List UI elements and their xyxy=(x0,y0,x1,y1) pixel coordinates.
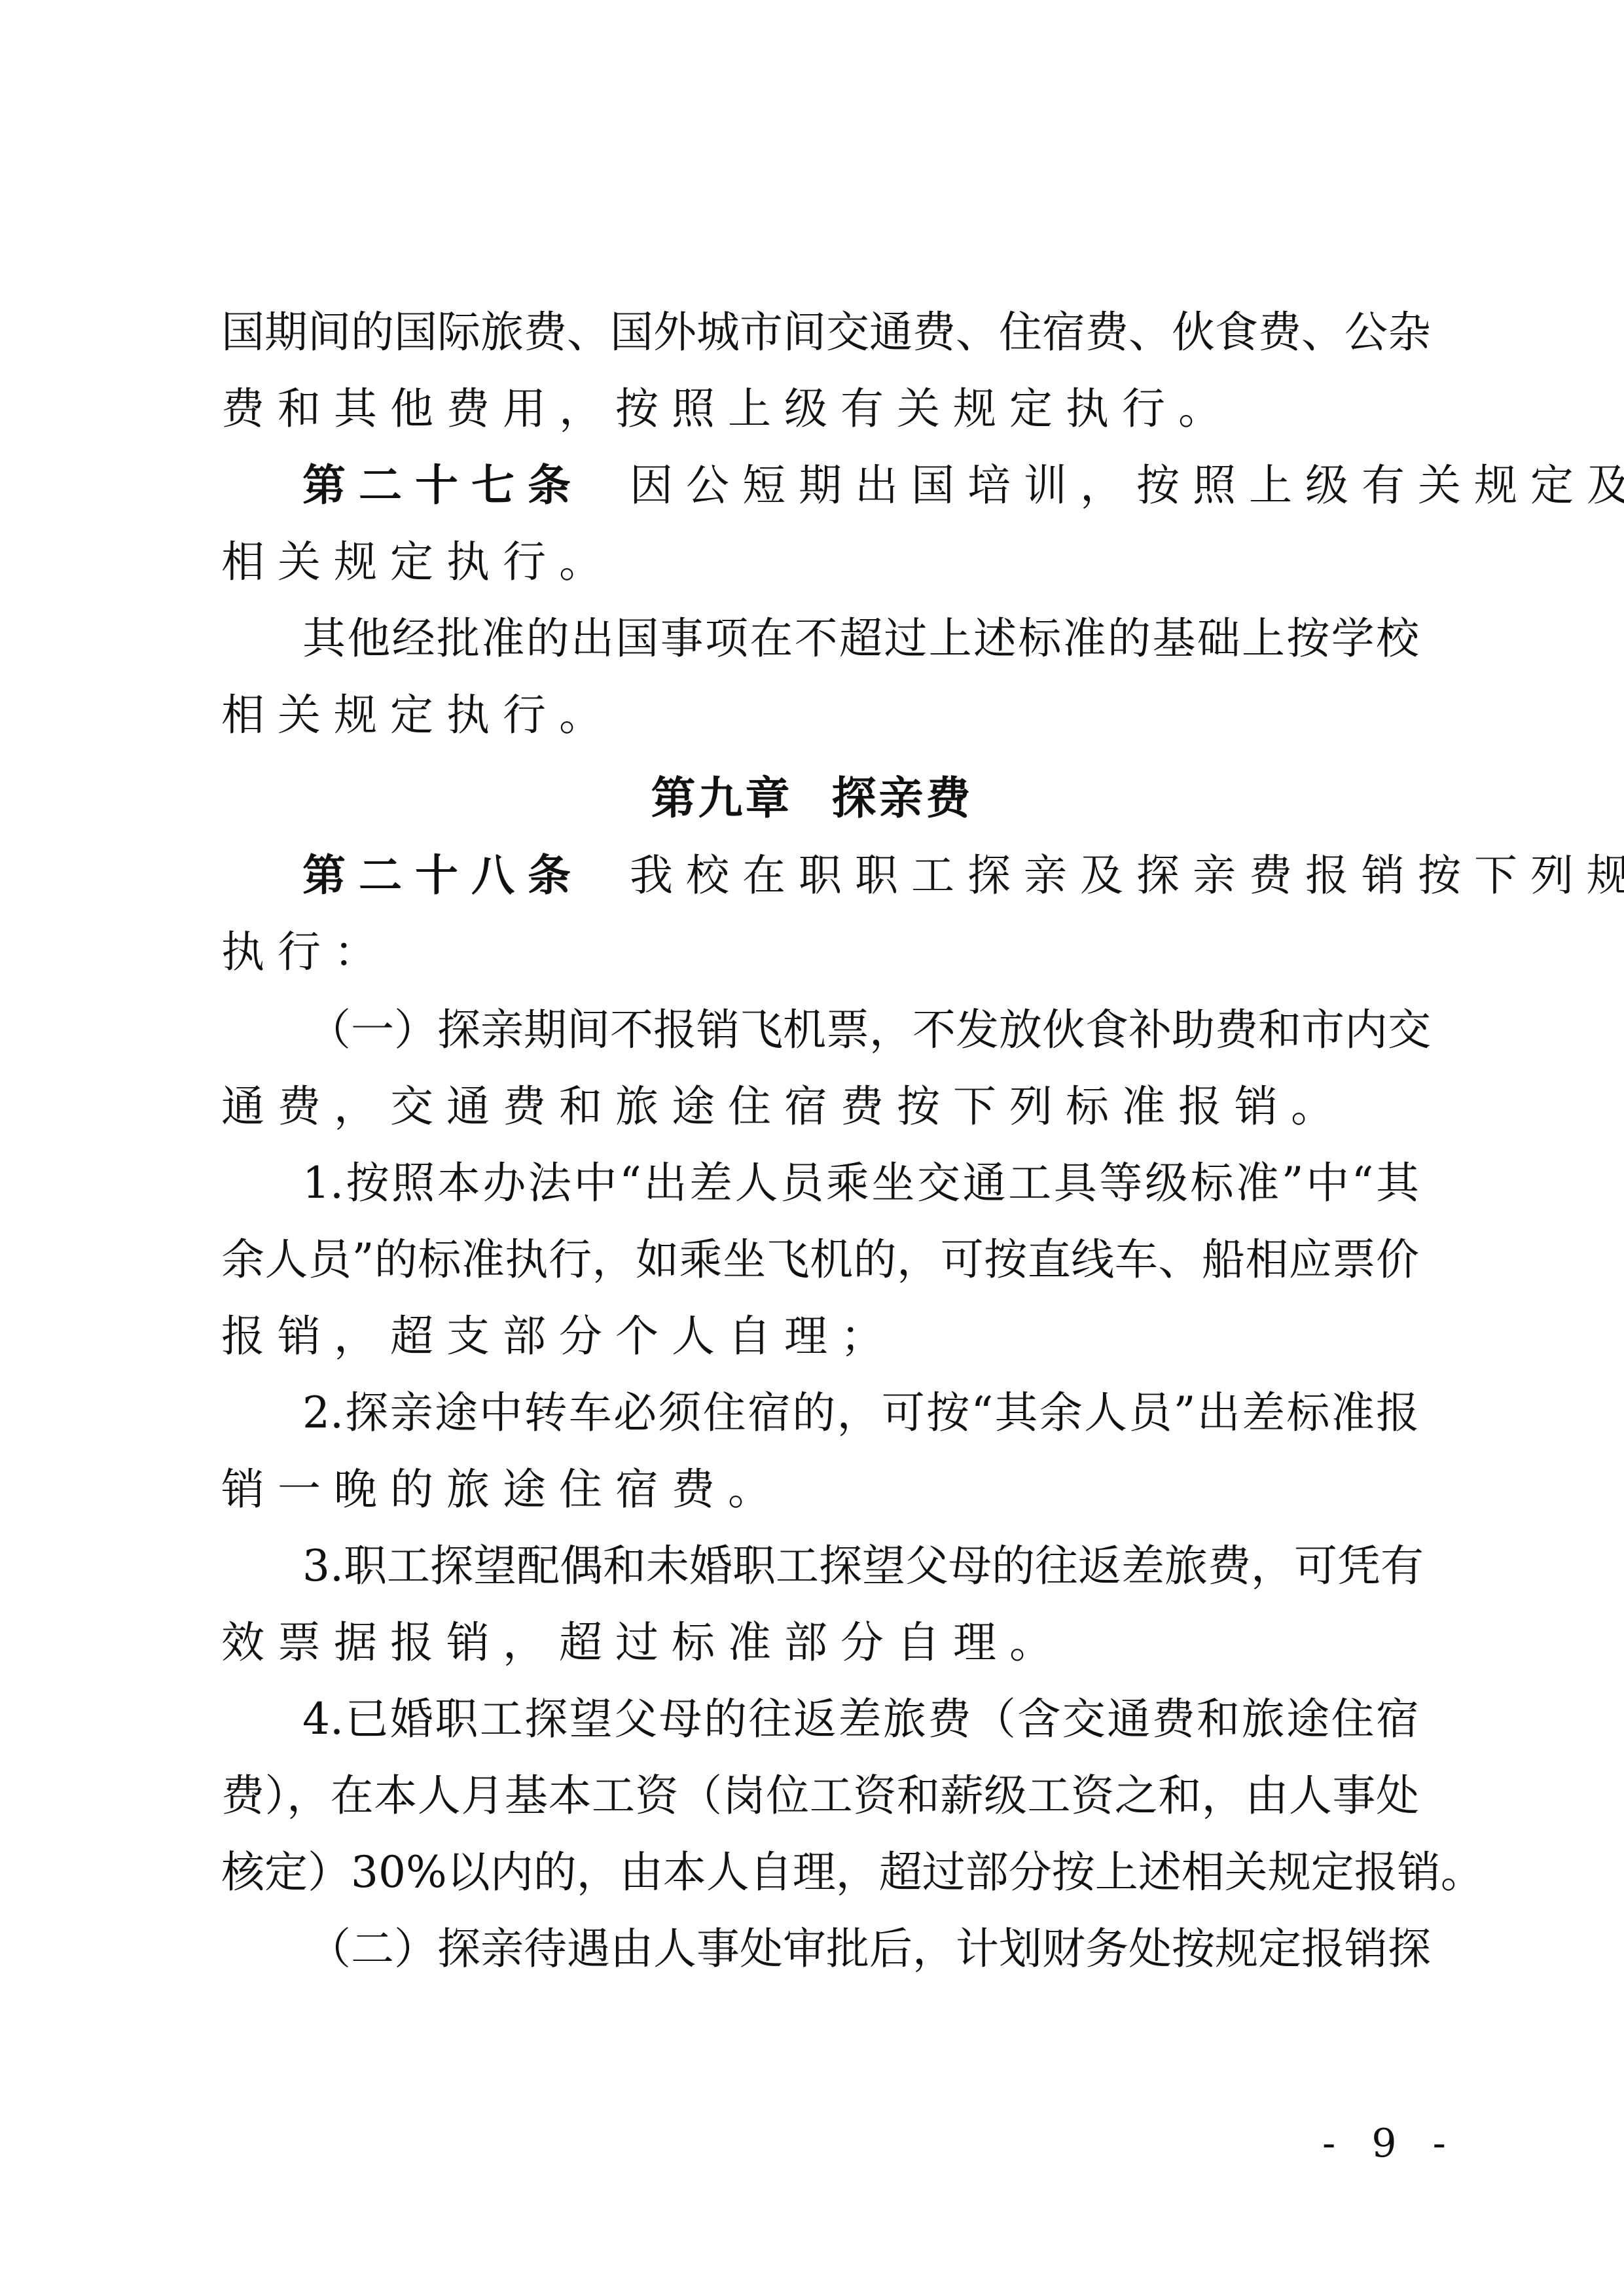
article-27-line: 第二十七条因公短期出国培训，按照上级有关规定及校内 xyxy=(302,447,1419,524)
paragraph-line: 相关规定执行。 xyxy=(221,524,1419,600)
clause-line: 通费，交通费和旅途住宿费按下列标准报销。 xyxy=(221,1068,1419,1145)
clause-line: （一）探亲期间不报销飞机票，不发放伙食补助费和市内交 xyxy=(308,992,1419,1068)
chapter-number: 第九章 xyxy=(651,773,792,825)
item-line: 3.职工探望配偶和未婚职工探望父母的往返差旅费，可凭有 xyxy=(302,1528,1419,1604)
article-text: 我校在职职工探亲及探亲费报销按下列规定 xyxy=(630,850,1624,901)
document-page: 国期间的国际旅费、国外城市间交通费、住宿费、伙食费、公杂 费和其他费用，按照上级… xyxy=(0,0,1624,2296)
item-line: 余人员”的标准执行，如乘坐飞机的，可按直线车、船相应票价 xyxy=(221,1221,1419,1298)
paragraph-line: 其他经批准的出国事项在不超过上述标准的基础上按学校 xyxy=(302,600,1419,677)
article-text: 因公短期出国培训，按照上级有关规定及校内 xyxy=(630,460,1624,511)
item-line: 销一晚的旅途住宿费。 xyxy=(221,1451,1419,1528)
page-number: - 9 - xyxy=(1322,2121,1458,2166)
item-line: 费），在本人月基本工资（岗位工资和薪级工资之和，由人事处 xyxy=(221,1757,1419,1834)
paragraph-line: 相关规定执行。 xyxy=(221,677,1419,753)
paragraph-line: 国期间的国际旅费、国外城市间交通费、住宿费、伙食费、公杂 xyxy=(221,294,1419,370)
item-line: 2.探亲途中转车必须住宿的，可按“其余人员”出差标准报 xyxy=(302,1374,1419,1451)
item-line: 1.按照本办法中“出差人员乘坐交通工具等级标准”中“其 xyxy=(302,1145,1419,1221)
paragraph-line: 执行： xyxy=(221,914,1419,990)
article-number: 第二十八条 xyxy=(302,850,584,901)
chapter-title: 探亲费 xyxy=(832,773,973,825)
item-line: 效票据报销，超过标准部分自理。 xyxy=(221,1604,1419,1681)
article-28-line: 第二十八条我校在职职工探亲及探亲费报销按下列规定 xyxy=(302,837,1419,914)
chapter-heading: 第九章探亲费 xyxy=(0,761,1624,837)
item-line: 报销，超支部分个人自理； xyxy=(221,1298,1419,1374)
paragraph-line: 费和其他费用，按照上级有关规定执行。 xyxy=(221,370,1419,447)
item-line: 核定）30%以内的，由本人自理，超过部分按上述相关规定报销。 xyxy=(221,1834,1419,1910)
item-line: 4.已婚职工探望父母的往返差旅费（含交通费和旅途住宿 xyxy=(302,1681,1419,1757)
article-number: 第二十七条 xyxy=(302,460,584,511)
clause-line: （二）探亲待遇由人事处审批后，计划财务处按规定报销探 xyxy=(308,1910,1419,1987)
